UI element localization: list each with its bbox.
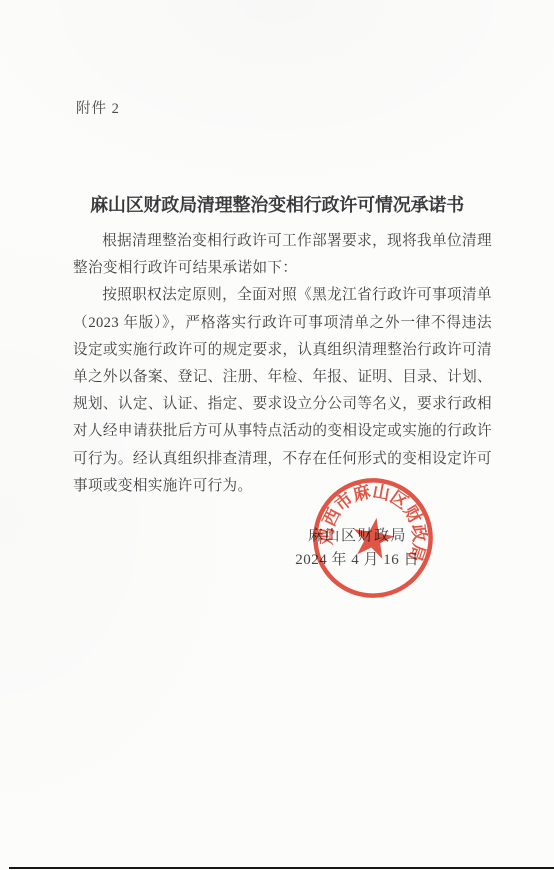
attachment-label: 附件 2	[76, 97, 120, 118]
signature-date: 2024 年 4 月 16 日	[295, 548, 419, 569]
scan-edge-line	[9, 867, 554, 869]
document-title: 麻山区财政局清理整治变相行政许可情况承诺书	[0, 191, 554, 217]
body-paragraph-2: 按照职权法定原则，全面对照《黑龙江省行政许可事项清单（2023 年版）》，严格落…	[73, 282, 492, 500]
body-paragraph-1: 根据清理整治变相行政许可工作部署要求，现将我单位清理整治变相行政许可结果承诺如下…	[73, 228, 492, 282]
scanned-document-page: 附件 2 麻山区财政局清理整治变相行政许可情况承诺书 根据清理整治变相行政许可工…	[0, 0, 554, 870]
document-body: 根据清理整治变相行政许可工作部署要求，现将我单位清理整治变相行政许可结果承诺如下…	[73, 228, 492, 500]
signature-org: 麻山区财政局	[308, 524, 407, 545]
